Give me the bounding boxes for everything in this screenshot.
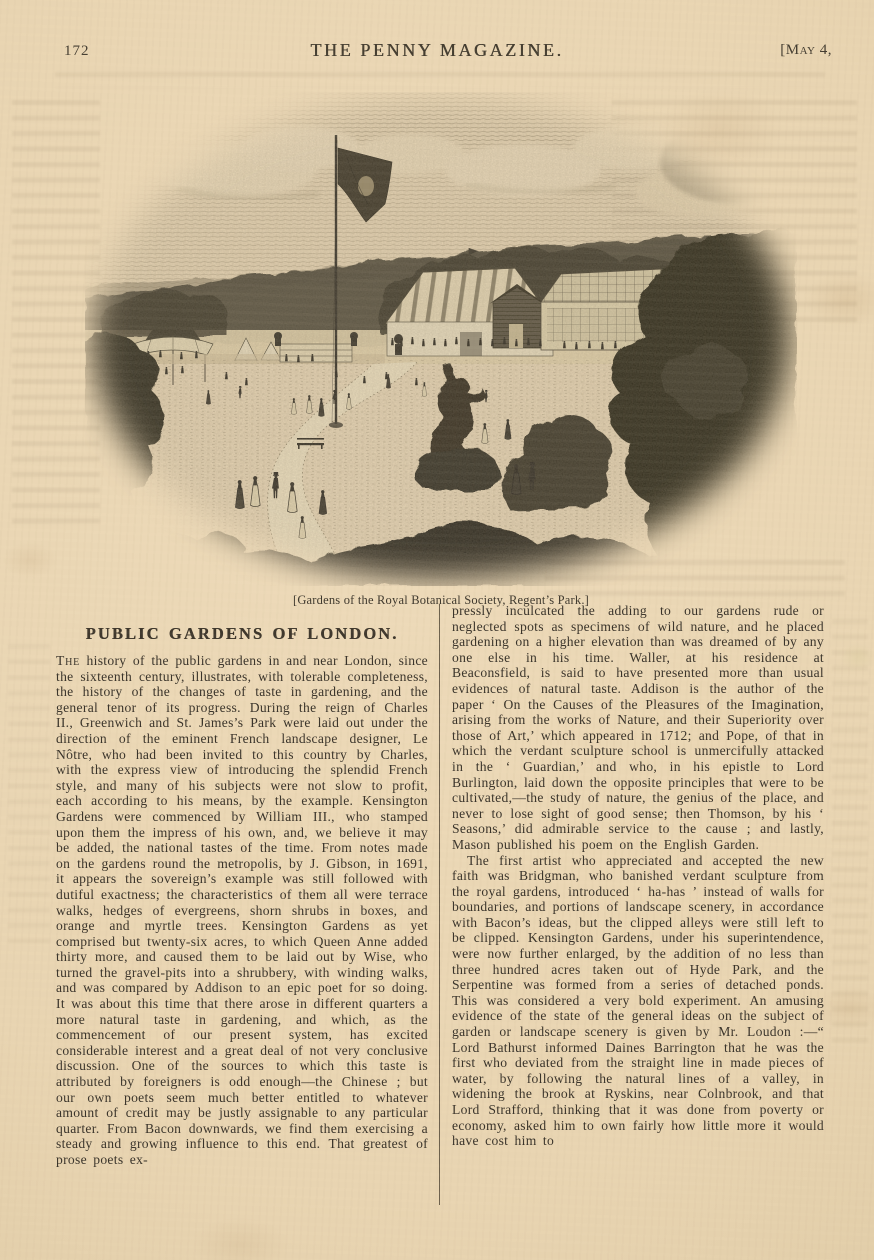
show-through-texture [55,68,825,88]
article-paragraph-1: The history of the public gardens in and… [56,653,428,1168]
show-through-texture [832,615,868,1045]
magazine-page: 172 THE PENNY MAGAZINE. [May 4, Wood eng… [0,0,874,1260]
article-title: PUBLIC GARDENS OF LONDON. [56,624,428,644]
lead-word: The [56,653,80,668]
left-column: PUBLIC GARDENS OF LONDON. The history of… [56,624,428,1206]
column-divider [439,604,440,1205]
running-head: 172 THE PENNY MAGAZINE. [May 4, [0,40,874,66]
article-paragraph-1-continued: pressly inculcated the adding to our gar… [452,603,824,853]
right-column: pressly inculcated the adding to our gar… [452,603,824,1207]
garden-engraving: Wood engraving of a fête in the gardens … [85,92,797,586]
article-paragraph-2: The first artist who appreciated and acc… [452,853,824,1149]
issue-date: [May 4, [780,42,832,59]
garden-engraving-svg: Wood engraving of a fête in the gardens … [85,92,797,586]
masthead-title: THE PENNY MAGAZINE. [0,40,874,61]
show-through-texture [8,640,50,950]
